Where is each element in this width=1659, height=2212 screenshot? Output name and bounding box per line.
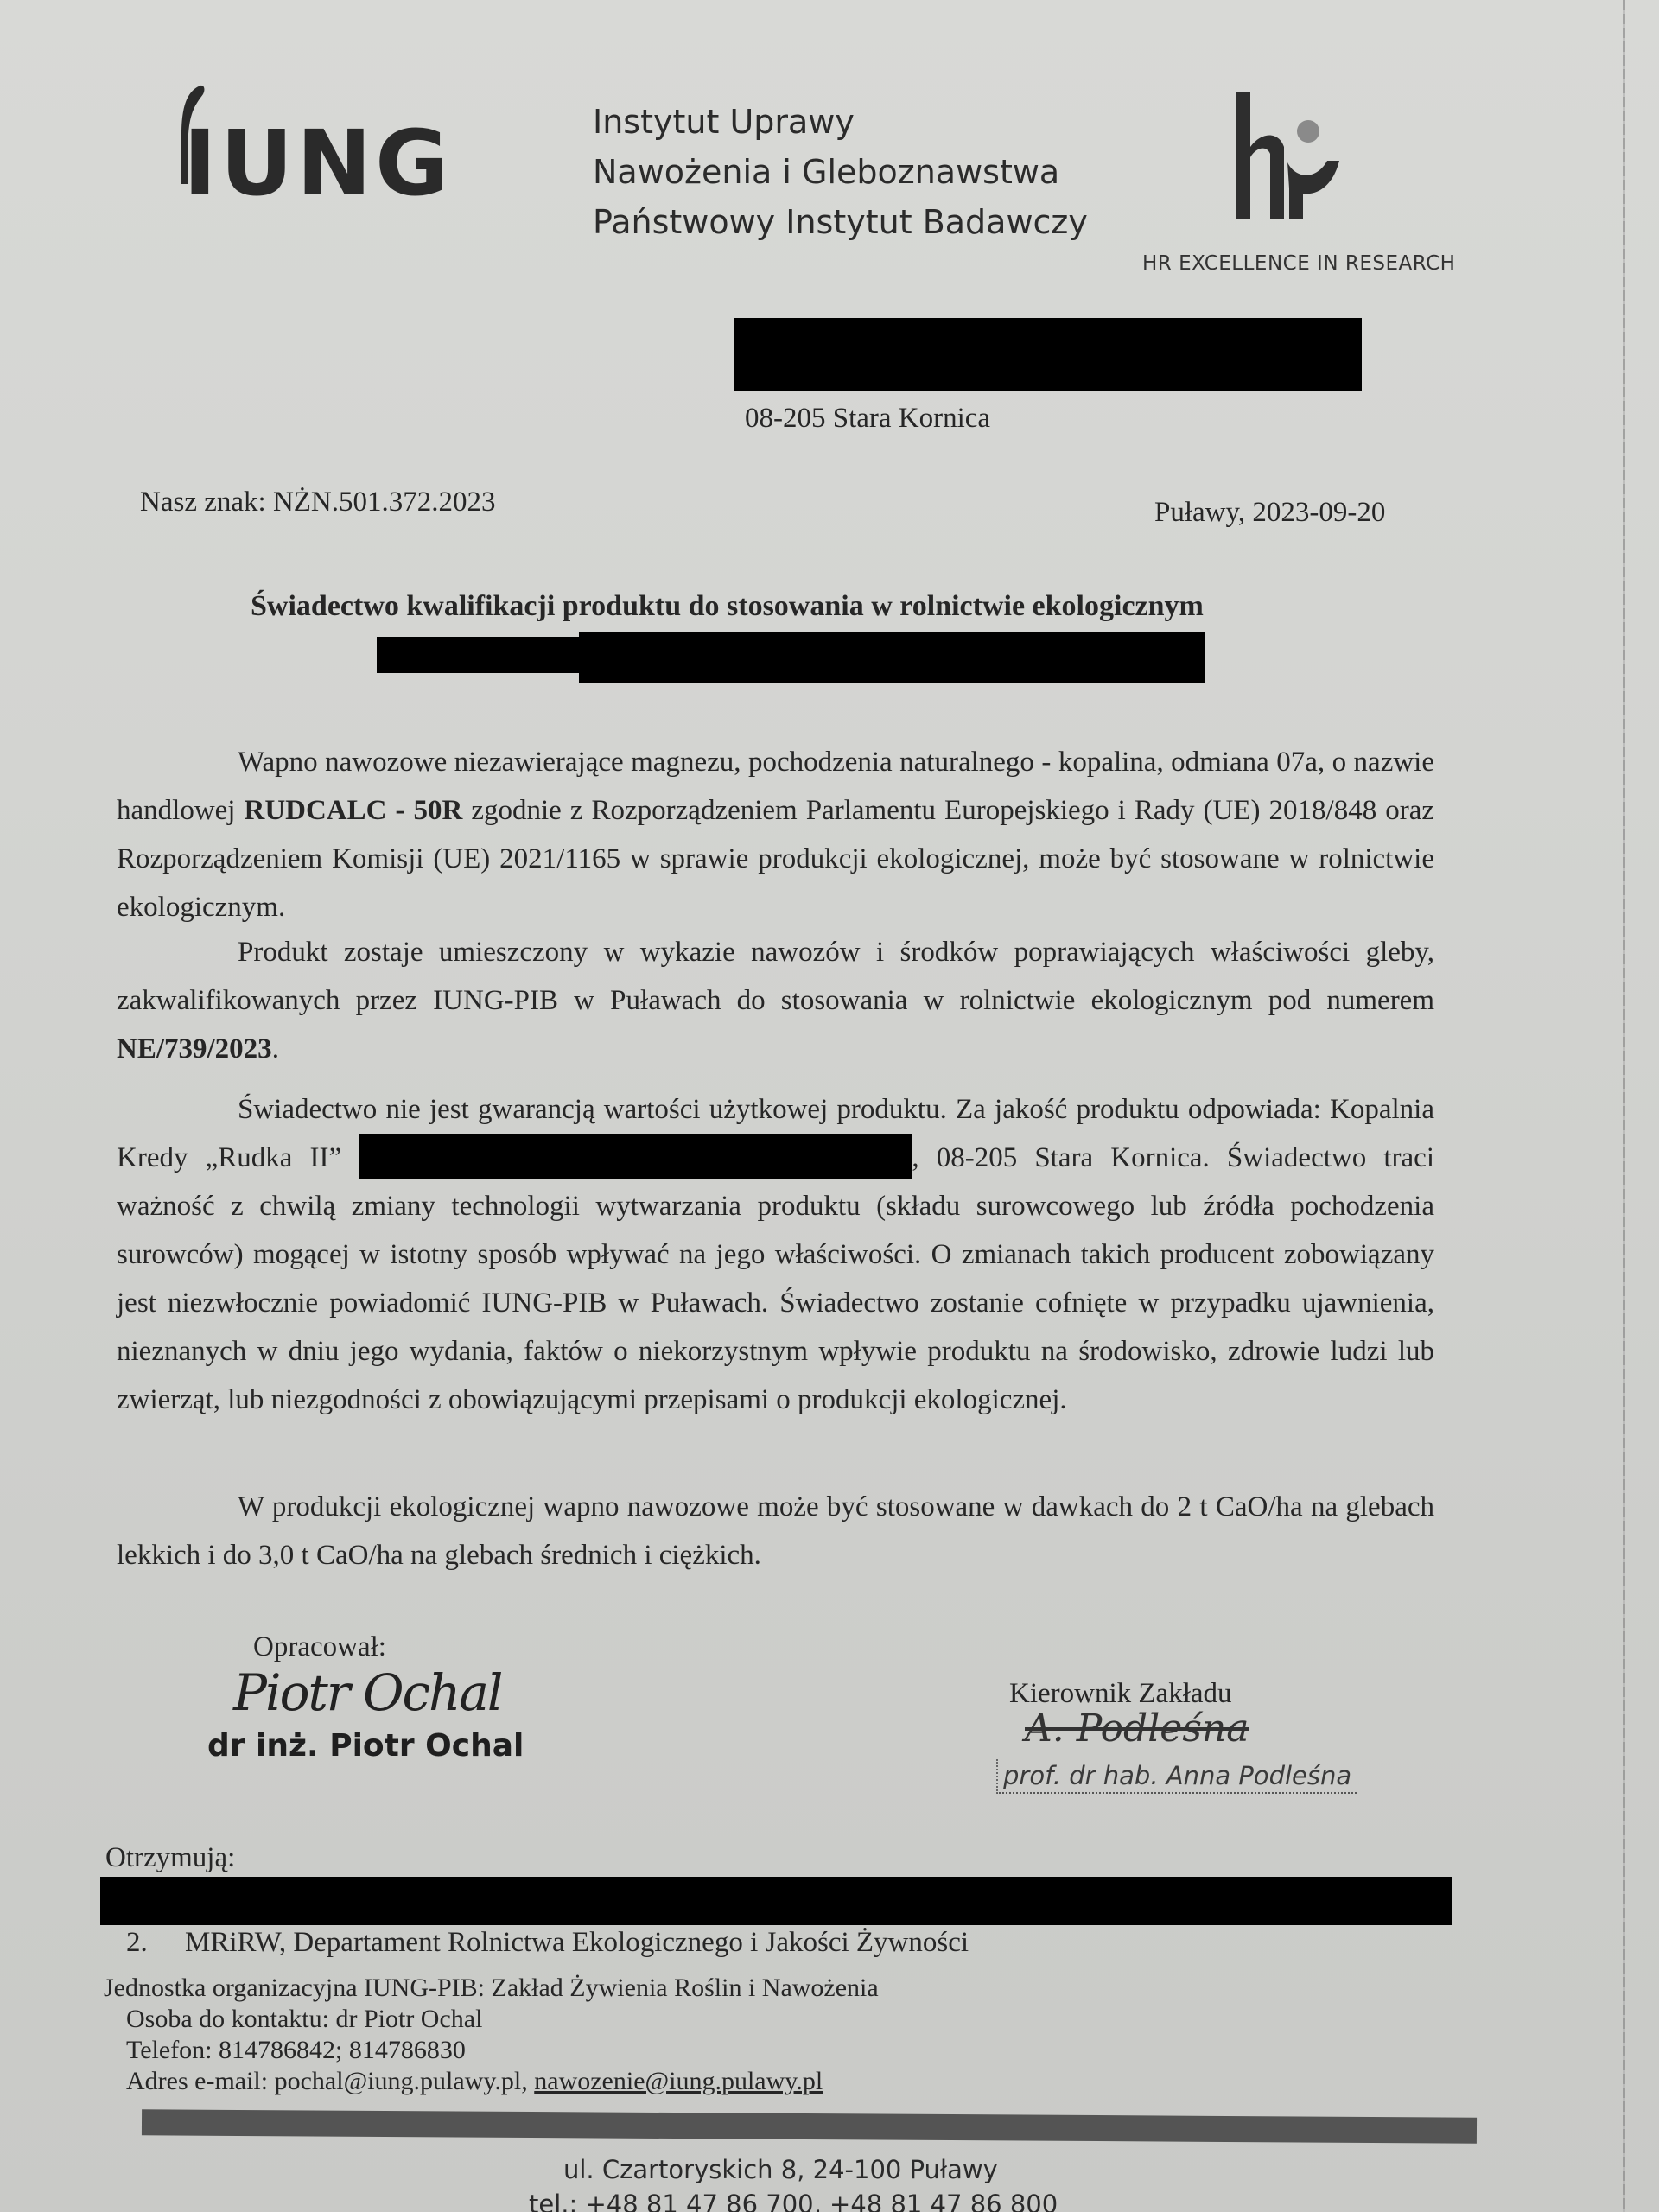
footer-address: ul. Czartoryskich 8, 24-100 Puławy — [563, 2155, 998, 2184]
organizational-unit: Jednostka organizacyjna IUNG-PIB: Zakład… — [104, 1973, 879, 2004]
reference-label: Nasz znak: — [140, 486, 266, 518]
hr-excellence-caption: HR EXCELLENCE IN RESEARCH — [1142, 252, 1455, 275]
paragraph-text: . — [272, 1033, 279, 1065]
iung-logo: IUNG — [173, 82, 562, 199]
contact-block: Jednostka organizacyjna IUNG-PIB: Zakład… — [104, 1973, 879, 2097]
redacted-recipient-name — [734, 318, 1362, 391]
product-name: RUDCALC - 50R — [244, 795, 462, 826]
email-link-pochal[interactable]: pochal@iung.pulawy.pl — [275, 2067, 522, 2095]
reference-value: NŻN.501.372.2023 — [273, 486, 496, 518]
contact-email: Adres e-mail: pochal@iung.pulawy.pl, naw… — [104, 2066, 879, 2097]
institute-name-line-1: Instytut Uprawy — [593, 97, 1088, 147]
institute-name: Instytut Uprawy Nawożenia i Gleboznawstw… — [593, 97, 1088, 247]
email-link-nawozenie[interactable]: nawozenie@iung.pulawy.pl — [534, 2067, 823, 2095]
name-stamp: prof. dr hab. Anna Podleśna — [996, 1759, 1357, 1794]
recipients-label: Otrzymują: — [105, 1842, 235, 1874]
signature-podlesna: A. Podleśna — [1025, 1707, 1249, 1751]
paper-edge-fold — [1623, 0, 1625, 2212]
reference-number: Nasz znak: NŻN.501.372.2023 — [140, 486, 496, 518]
signature-ochal: Piotr Ochal — [233, 1663, 501, 1722]
institute-name-line-2: Nawożenia i Gleboznawstwa — [593, 147, 1088, 197]
place-and-date: Puławy, 2023-09-20 — [1154, 497, 1385, 529]
paragraph-listing: Produkt zostaje umieszczony w wykazie na… — [117, 928, 1434, 1073]
preparer-name: dr inż. Piotr Ochal — [207, 1728, 524, 1764]
paragraph-dosage: W produkcji ekologicznej wapno nawozowe … — [117, 1483, 1434, 1580]
footer-phone: tel.: +48 81 47 86 700, +48 81 47 86 800 — [529, 2190, 1058, 2212]
recipient-address: 08-205 Stara Kornica — [745, 403, 990, 435]
prepared-by-label: Opracował: — [253, 1631, 386, 1663]
redacted-producer-address — [359, 1134, 912, 1179]
head-of-department-label: Kierownik Zakładu — [1009, 1678, 1232, 1710]
document-title: Świadectwo kwalifikacji produktu do stos… — [251, 590, 1204, 623]
paragraph-validity: Świadectwo nie jest gwarancją wartości u… — [117, 1085, 1434, 1424]
recipient-number: 2. — [126, 1927, 185, 1959]
recipient-text: MRiRW, Departament Rolnictwa Ekologiczne… — [185, 1927, 969, 1958]
recipient-item: 2.MRiRW, Departament Rolnictwa Ekologicz… — [126, 1927, 969, 1959]
paragraph-text: , 08-205 Stara Kornica. Świadectwo traci… — [117, 1142, 1434, 1415]
registration-number: NE/739/2023 — [117, 1033, 272, 1065]
hr-excellence-logo-icon — [1227, 86, 1357, 225]
redacted-recipient-1 — [100, 1877, 1452, 1925]
paragraph-qualification: Wapno nawozowe niezawierające magnezu, p… — [117, 738, 1434, 931]
paragraph-text: W produkcji ekologicznej wapno nawozowe … — [117, 1483, 1434, 1580]
contact-person: Osoba do kontaktu: dr Piotr Ochal — [104, 2004, 879, 2035]
iung-logo-text: IUNG — [183, 118, 453, 208]
institute-name-line-3: Państwowy Instytut Badawczy — [593, 197, 1088, 247]
redacted-subtitle-left — [377, 637, 581, 673]
email-separator: , — [521, 2067, 534, 2095]
email-label: Adres e-mail: — [126, 2067, 275, 2095]
footer-rule — [142, 2109, 1477, 2143]
contact-phone: Telefon: 814786842; 814786830 — [104, 2035, 879, 2066]
paragraph-text: Produkt zostaje umieszczony w wykazie na… — [117, 937, 1434, 1016]
redacted-subtitle-right — [579, 632, 1205, 683]
certificate-document: IUNG Instytut Uprawy Nawożenia i Glebozn… — [0, 0, 1659, 2212]
